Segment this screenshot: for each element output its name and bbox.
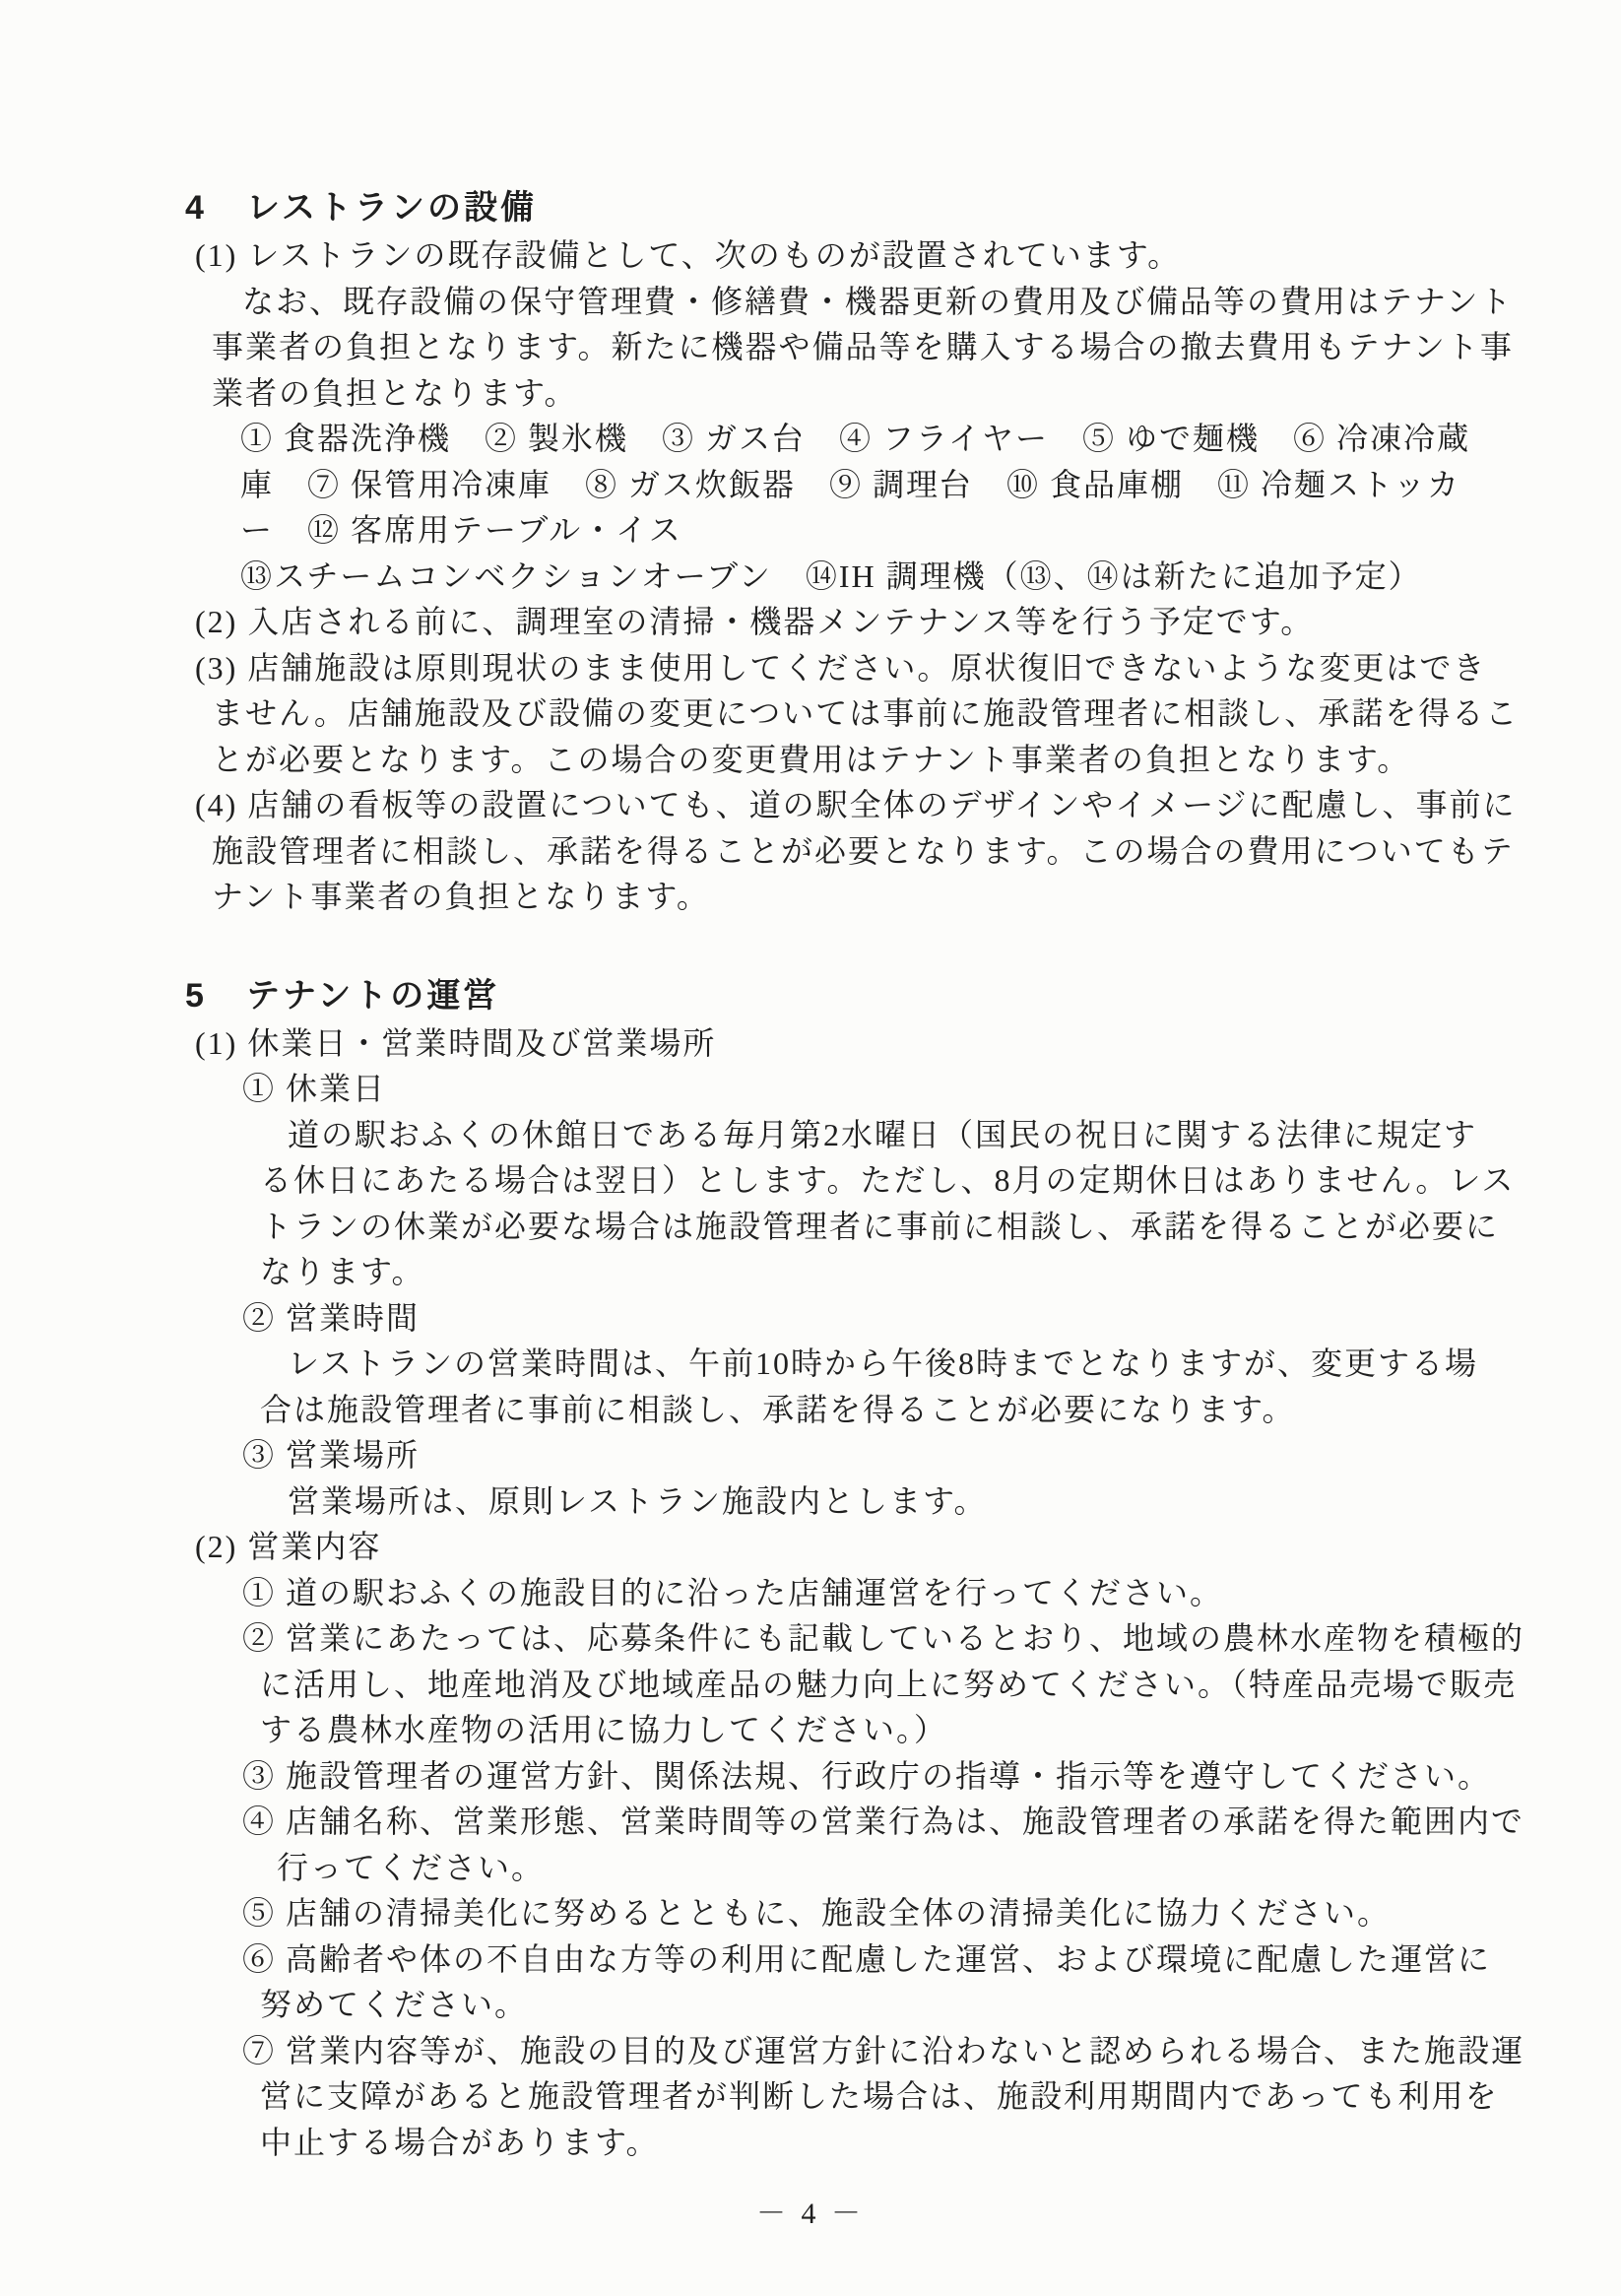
section-title: テナントの運営	[246, 977, 499, 1015]
text-line: トランの休業が必要な場合は施設管理者に事前に相談し、承諾を得ることが必要に	[0, 1204, 1621, 1250]
section-title: レストランの設備	[246, 189, 537, 227]
text-line: (2) 営業内容	[0, 1524, 1621, 1570]
text-line: ① 食器洗浄機 ② 製氷機 ③ ガス台 ④ フライヤー ⑤ ゆで麺機 ⑥ 冷凍冷…	[0, 416, 1621, 462]
text-line: ① 休業日	[0, 1066, 1621, 1112]
text-line: ① 道の駅おふくの施設目的に沿った店舗運営を行ってください。	[0, 1570, 1621, 1616]
text-line: ⑬スチームコンベクションオーブン ⑭IH 調理機（⑬、⑭は新たに追加予定）	[0, 554, 1621, 600]
text-line: ② 営業にあたっては、応募条件にも記載しているとおり、地域の農林水産物を積極的	[0, 1615, 1621, 1662]
text-line: とが必要となります。この場合の変更費用はテナント事業者の負担となります。	[0, 737, 1621, 783]
section-number: 5	[185, 971, 246, 1020]
section-tenant-operation: 5テナントの運営 (1) 休業日・営業時間及び営業場所① 休業日道の駅おふくの休…	[0, 971, 1621, 2166]
text-line: 合は施設管理者に事前に相談し、承諾を得ることが必要になります。	[0, 1387, 1621, 1433]
text-line: なります。	[0, 1249, 1621, 1295]
text-line: (1) 休業日・営業時間及び営業場所	[0, 1020, 1621, 1067]
text-line: なお、既存設備の保守管理費・修繕費・機器更新の費用及び備品等の費用はテナント	[0, 279, 1621, 325]
text-line: 道の駅おふくの休館日である毎月第2水曜日（国民の祝日に関する法律に規定す	[0, 1112, 1621, 1158]
text-line: ⑦ 営業内容等が、施設の目的及び運営方針に沿わないと認められる場合、また施設運	[0, 2028, 1621, 2074]
text-line: ナント事業者の負担となります。	[0, 874, 1621, 920]
text-line: レストランの営業時間は、午前10時から午後8時までとなりますが、変更する場	[0, 1341, 1621, 1387]
text-line: ー ⑫ 客席用テーブル・イス	[0, 507, 1621, 554]
text-line: 営業場所は、原則レストラン施設内とします。	[0, 1478, 1621, 1525]
text-line: る休日にあたる場合は翌日）とします。ただし、8月の定期休日はありません。レス	[0, 1157, 1621, 1204]
text-line: ② 営業時間	[0, 1295, 1621, 1342]
text-line: ⑥ 高齢者や体の不自由な方等の利用に配慮した運営、および環境に配慮した運営に	[0, 1936, 1621, 1983]
text-line: 行ってください。	[0, 1845, 1621, 1891]
section-heading: 5テナントの運営	[0, 971, 1621, 1020]
text-line: 業者の負担となります。	[0, 370, 1621, 417]
text-line: する農林水産物の活用に協力してください。）	[0, 1707, 1621, 1753]
text-line: ④ 店舗名称、営業形態、営業時間等の営業行為は、施設管理者の承諾を得た範囲内で	[0, 1799, 1621, 1845]
text-line: (4) 店舗の看板等の設置についても、道の駅全体のデザインやイメージに配慮し、事…	[0, 782, 1621, 828]
text-line: 営に支障があると施設管理者が判断した場合は、施設利用期間内であっても利用を	[0, 2073, 1621, 2120]
text-line: ません。店舗施設及び設備の変更については事前に施設管理者に相談し、承諾を得るこ	[0, 690, 1621, 737]
text-line: ⑤ 店舗の清掃美化に努めるとともに、施設全体の清掃美化に協力ください。	[0, 1890, 1621, 1936]
section-body: (1) レストランの既存設備として、次のものが設置されています。なお、既存設備の…	[0, 232, 1621, 920]
text-line: 努めてください。	[0, 1982, 1621, 2028]
document-content: 4レストランの設備 (1) レストランの既存設備として、次のものが設置されていま…	[0, 0, 1621, 2232]
text-line: 庫 ⑦ 保管用冷凍庫 ⑧ ガス炊飯器 ⑨ 調理台 ⑩ 食品庫棚 ⑪ 冷麺ストッカ	[0, 462, 1621, 508]
text-line: に活用し、地産地消及び地域産品の魅力向上に努めてください。（特産品売場で販売	[0, 1662, 1621, 1708]
text-line: 事業者の負担となります。新たに機器や備品等を購入する場合の撤去費用もテナント事	[0, 324, 1621, 370]
text-line: (3) 店舗施設は原則現状のまま使用してください。原状復旧できないような変更はで…	[0, 645, 1621, 691]
text-line: 施設管理者に相談し、承諾を得ることが必要となります。この場合の費用についてもテ	[0, 828, 1621, 875]
text-line: ③ 施設管理者の運営方針、関係法規、行政庁の指導・指示等を遵守してください。	[0, 1753, 1621, 1800]
text-line: 中止する場合があります。	[0, 2120, 1621, 2166]
section-body: (1) 休業日・営業時間及び営業場所① 休業日道の駅おふくの休館日である毎月第2…	[0, 1020, 1621, 2166]
text-line: ③ 営業場所	[0, 1432, 1621, 1478]
section-heading: 4レストランの設備	[0, 183, 1621, 232]
section-restaurant-equipment: 4レストランの設備 (1) レストランの既存設備として、次のものが設置されていま…	[0, 183, 1621, 920]
page-number: － 4 －	[0, 2189, 1621, 2232]
text-line: (1) レストランの既存設備として、次のものが設置されています。	[0, 232, 1621, 279]
section-number: 4	[185, 183, 246, 232]
text-line: (2) 入店される前に、調理室の清掃・機器メンテナンス等を行う予定です。	[0, 599, 1621, 645]
document-page: 4レストランの設備 (1) レストランの既存設備として、次のものが設置されていま…	[0, 0, 1621, 2296]
